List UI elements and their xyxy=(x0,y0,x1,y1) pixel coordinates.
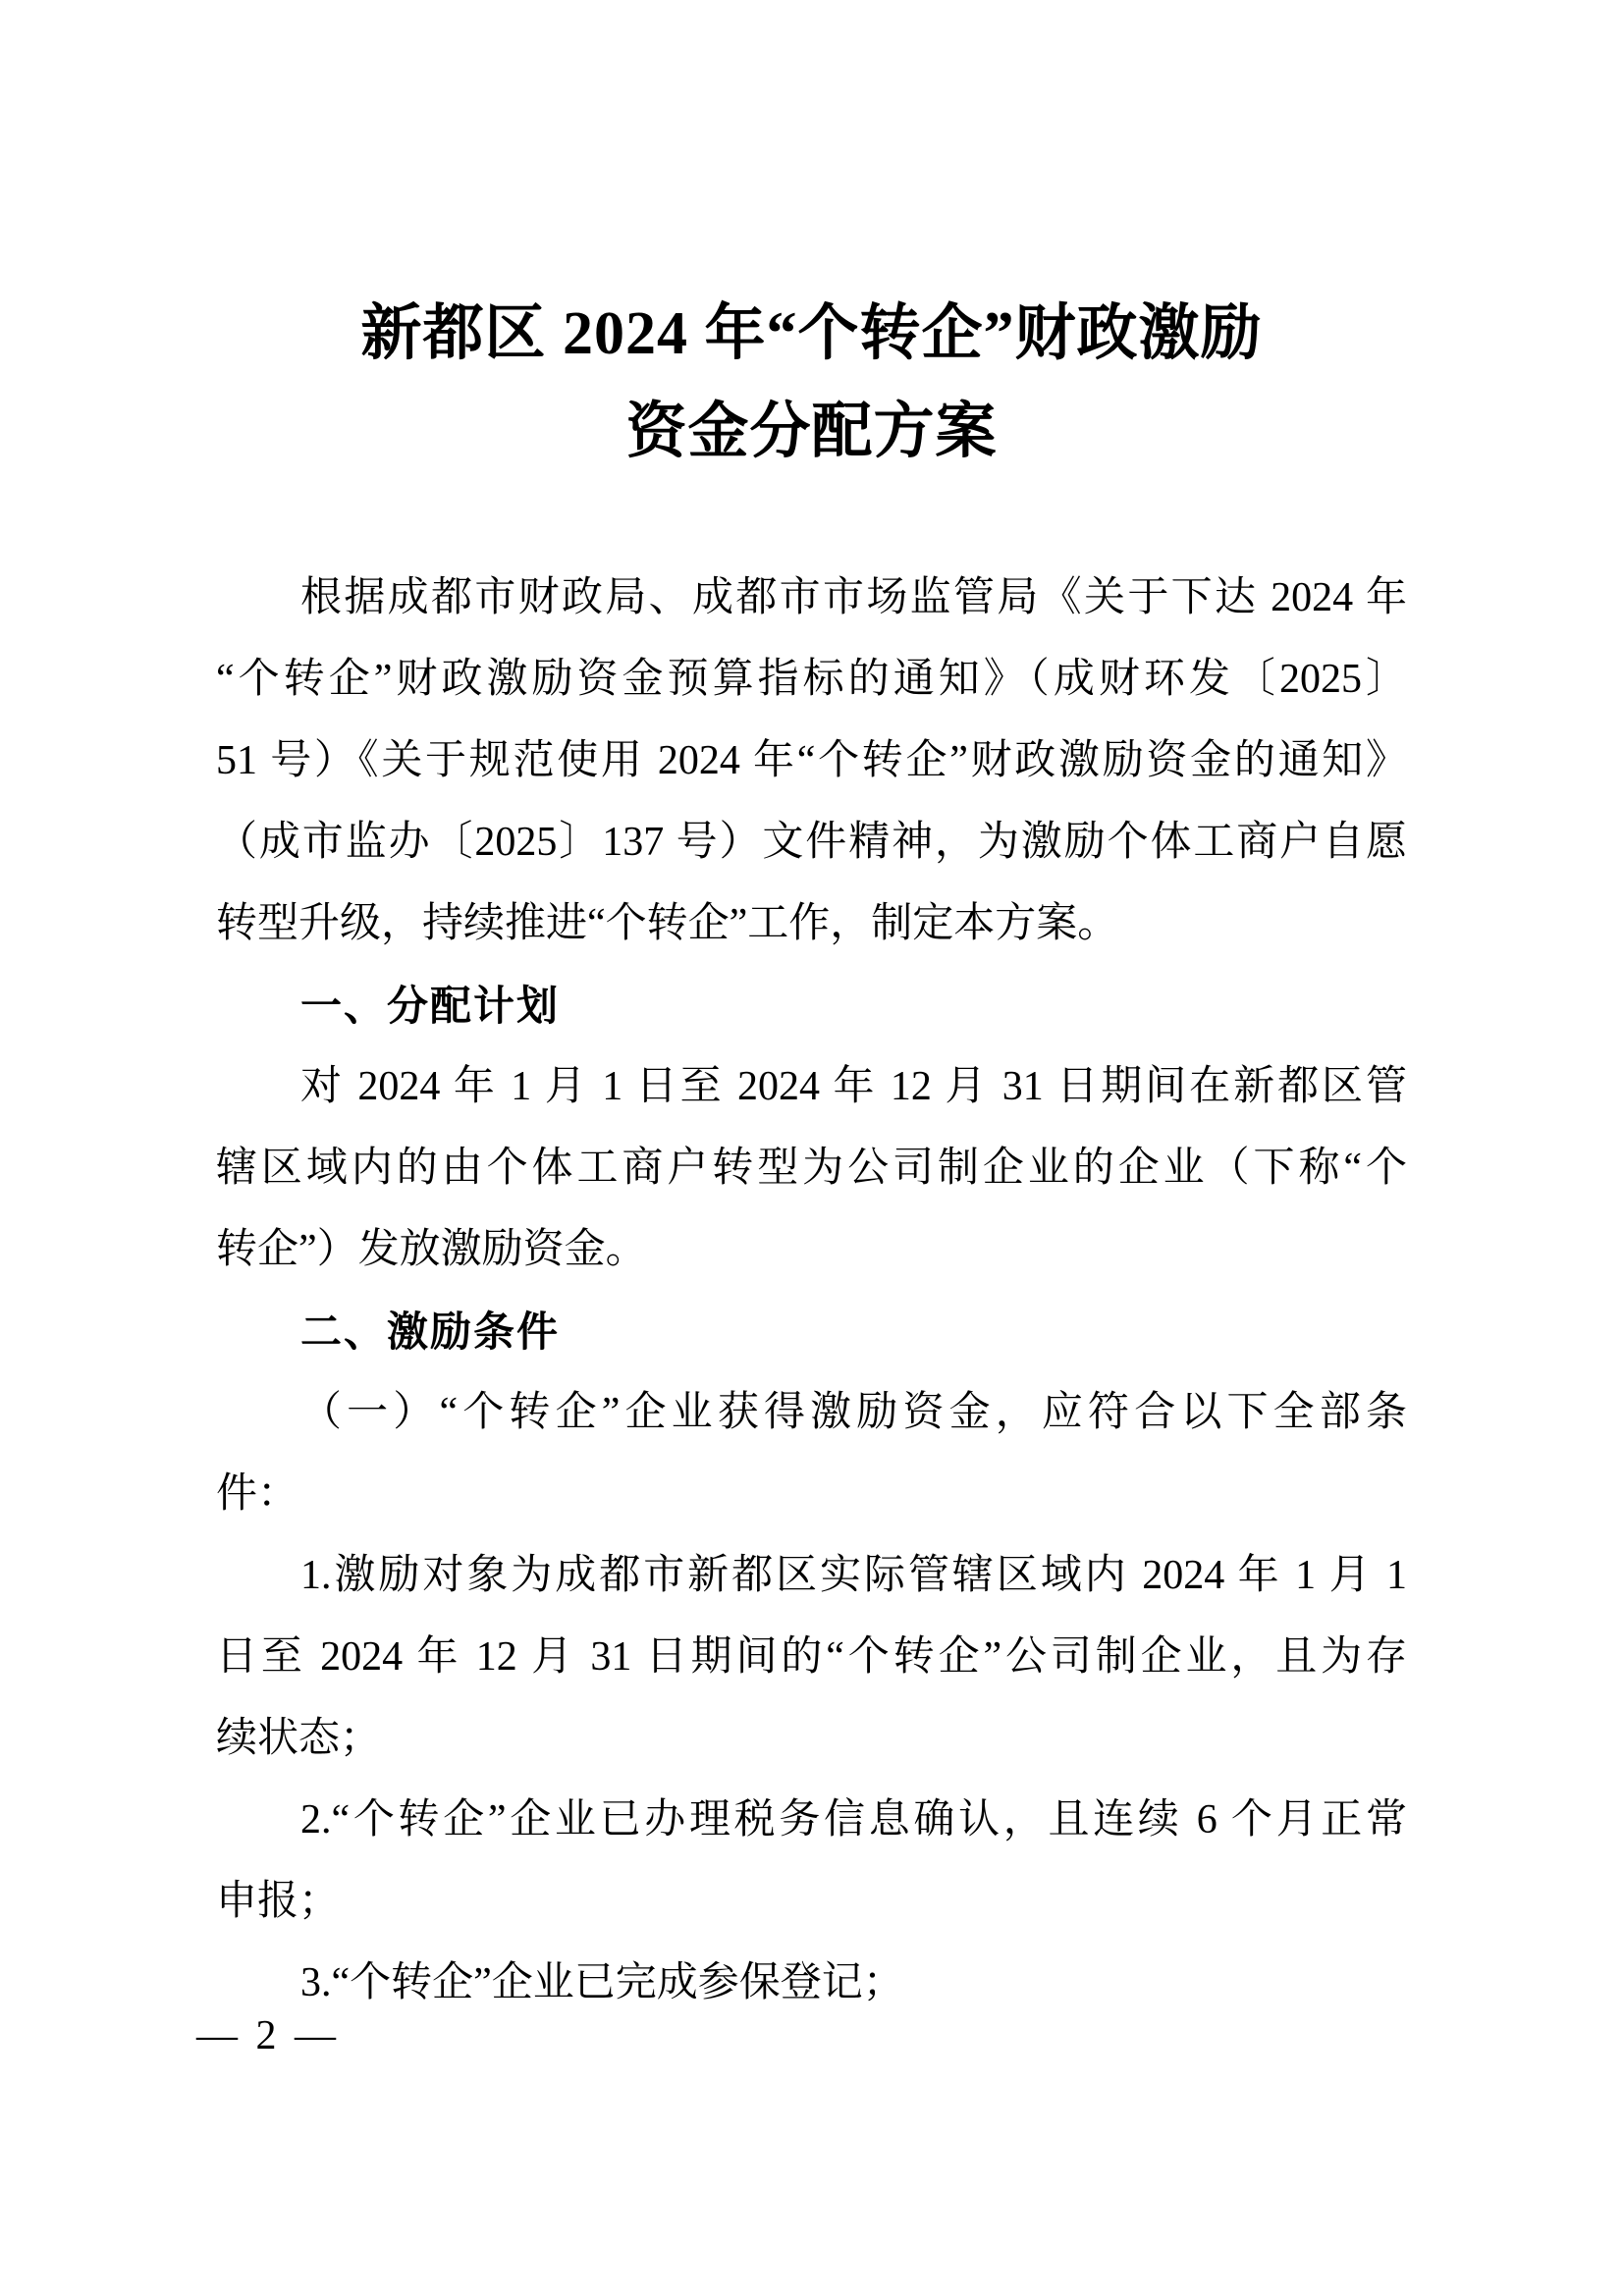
title-line-1: 新都区 2024 年“个转企”财政激励 xyxy=(0,285,1623,383)
body-line: 转企”）发放激励资金。 xyxy=(216,1209,1407,1291)
body-line: “个转企”财政激励资金预算指标的通知》（成财环发〔2025〕 xyxy=(216,639,1407,721)
body-line: 申报； xyxy=(216,1861,1407,1943)
body-line: 1.激励对象为成都市新都区实际管辖区域内 2024 年 1 月 1 xyxy=(216,1535,1407,1617)
body-line: 日至 2024 年 12 月 31 日期间的“个转企”公司制企业，且为存 xyxy=(216,1617,1407,1698)
body-line: 2.“个转企”企业已办理税务信息确认，且连续 6 个月正常 xyxy=(216,1780,1407,1861)
page-number: — 2 — xyxy=(196,2012,340,2059)
body-line: 对 2024 年 1 月 1 日至 2024 年 12 月 31 日期间在新都区… xyxy=(216,1046,1407,1128)
document-body: 根据成都市财政局、成都市市场监管局《关于下达 2024 年 “个转企”财政激励资… xyxy=(216,558,1407,2024)
subitem-line: （一）“个转企”企业获得激励资金，应符合以下全部条 xyxy=(216,1372,1407,1454)
title-line-2: 资金分配方案 xyxy=(0,383,1623,481)
page-title: 新都区 2024 年“个转企”财政激励 资金分配方案 xyxy=(0,0,1623,481)
body-line: 根据成都市财政局、成都市市场监管局《关于下达 2024 年 xyxy=(216,558,1407,639)
body-line: 51 号）《关于规范使用 2024 年“个转企”财政激励资金的通知》 xyxy=(216,721,1407,802)
subitem-line: 件： xyxy=(216,1454,1407,1535)
document-page: 新都区 2024 年“个转企”财政激励 资金分配方案 根据成都市财政局、成都市市… xyxy=(0,0,1623,2296)
section-heading-2: 二、激励条件 xyxy=(216,1291,1407,1372)
body-line: （成市监办〔2025〕137 号）文件精神，为激励个体工商户自愿 xyxy=(216,802,1407,883)
body-line: 续状态； xyxy=(216,1698,1407,1780)
body-line: 转型升级，持续推进“个转企”工作，制定本方案。 xyxy=(216,883,1407,965)
body-line: 辖区域内的由个体工商户转型为公司制企业的企业（下称“个 xyxy=(216,1128,1407,1209)
body-line: 3.“个转企”企业已完成参保登记； xyxy=(216,1943,1407,2024)
section-heading-1: 一、分配计划 xyxy=(216,965,1407,1046)
